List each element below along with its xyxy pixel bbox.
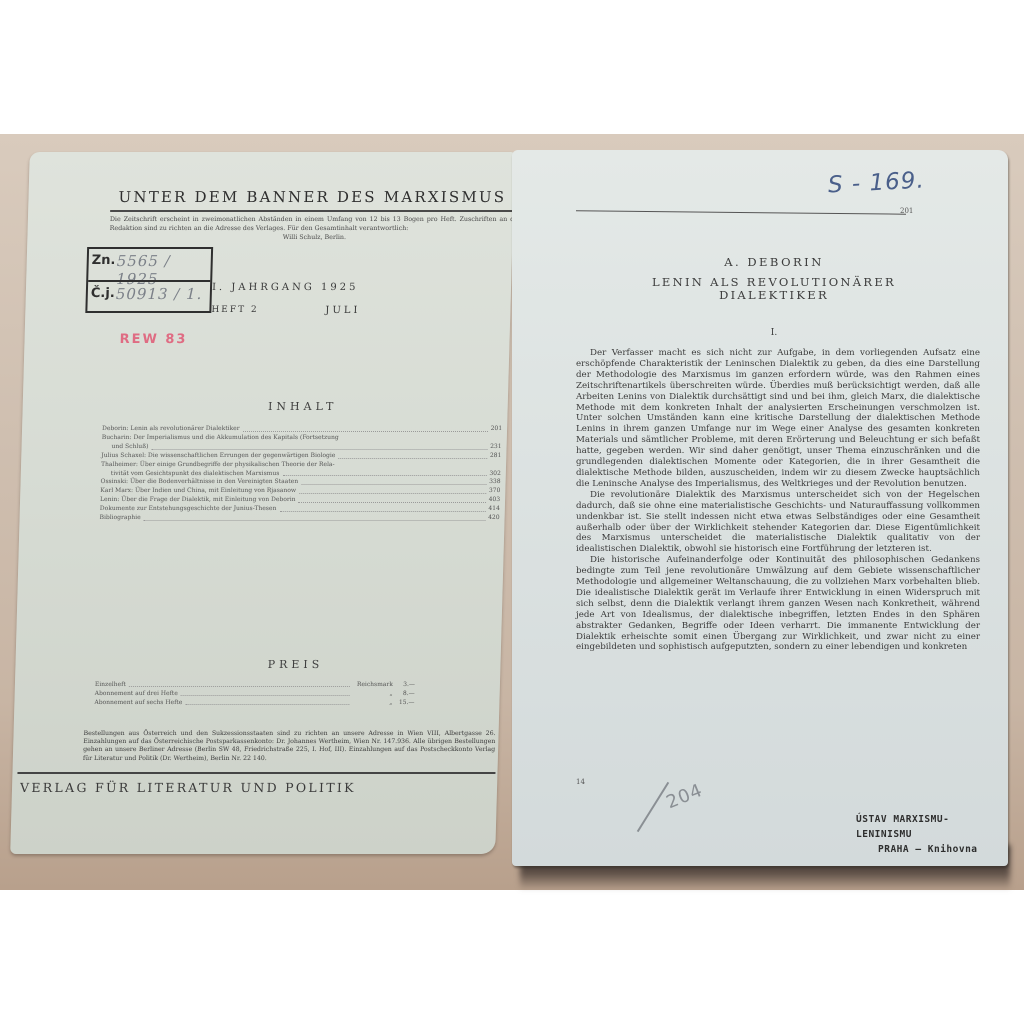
- volume-year: I. JAHRGANG 1925: [212, 282, 359, 293]
- article-page: S - 169. 201 A. DEBORIN LENIN ALS REVOLU…: [512, 150, 1008, 866]
- price-entry: Abonnement auf drei Hefte„8.—: [95, 689, 415, 698]
- registry-label: Zn.: [92, 253, 116, 268]
- leader-dots: [144, 520, 485, 521]
- contents-page: 370: [489, 487, 501, 496]
- leader-dots: [243, 431, 488, 432]
- price-amount: 15.—: [392, 698, 414, 707]
- registry-row-number: Zn. 5565 / 1925: [88, 249, 211, 278]
- article-author: A. DEBORIN: [564, 255, 984, 269]
- article-title: LENIN ALS REVOLUTIONÄRER DIALEKTIKER: [564, 276, 984, 302]
- contents-entry: Bucharin: Der Imperialismus und die Akku…: [102, 434, 502, 443]
- masthead-title: UNTER DEM BANNER DES MARXISMUS: [118, 188, 519, 206]
- masthead-subtitle: Die Zeitschrift erscheint in zweimonatli…: [109, 215, 520, 242]
- price-entry: Abonnement auf sechs Hefte„15.—: [94, 698, 414, 707]
- contents-title: tivität vom Gesichtspunkt des dialektisc…: [101, 470, 280, 479]
- contents-entry: Deborin: Lenin als revolutionärer Dialek…: [102, 425, 502, 434]
- masthead-subtitle-line: Willi Schulz, Berlin.: [109, 233, 519, 242]
- paragraph: Die historische Aufeinanderfolge oder Ko…: [576, 555, 980, 653]
- registry-stamp: Zn. 5565 / 1925 Č.j. 50913 / 1.: [85, 247, 213, 313]
- registry-handwritten-value: 50913 / 1.: [116, 285, 203, 303]
- contents-entry: Bibliographie420: [99, 514, 499, 523]
- contents-page: 403: [488, 496, 500, 505]
- signature-folio: 14: [576, 778, 585, 786]
- contents-title: Lenin: Über die Frage der Dialektik, mit…: [100, 496, 296, 505]
- article-body: Der Verfasser macht es sich nicht zur Au…: [576, 348, 980, 653]
- contents-page: 414: [488, 505, 500, 514]
- price-unit: „: [353, 689, 393, 698]
- leader-dots: [279, 511, 485, 512]
- leader-dots: [129, 686, 350, 687]
- publisher-rule: [17, 772, 495, 774]
- leader-dots: [301, 484, 486, 485]
- contents-entry: Julius Schaxel: Die wissenschaftlichen E…: [101, 452, 501, 461]
- price-amount: 8.—: [393, 689, 415, 698]
- header-rule: [576, 210, 906, 214]
- price-item: Abonnement auf sechs Hefte: [94, 698, 182, 707]
- issue-month: JULI: [325, 305, 360, 316]
- publisher-name: VERLAG FÜR LITERATUR UND POLITIK: [20, 780, 498, 795]
- contents-entry: Dokumente zur Entstehungsgeschichte der …: [100, 505, 500, 514]
- contents-page: 302: [489, 470, 501, 479]
- contents-page: 281: [490, 452, 502, 461]
- price-unit: „: [352, 698, 392, 707]
- contents-entry: Thalheimer: Über einige Grundbegriffe de…: [101, 461, 501, 470]
- leader-dots: [338, 458, 487, 459]
- article-title-line: DIALEKTIKER: [564, 289, 984, 302]
- contents-entry: und Schluß)231: [101, 443, 501, 452]
- leader-dots: [282, 475, 486, 476]
- price-item: Abonnement auf drei Hefte: [95, 689, 178, 698]
- masthead-subtitle-line: Die Zeitschrift erscheint in zweimonatli…: [110, 216, 457, 223]
- leader-dots: [299, 493, 486, 494]
- contents-heading: INHALT: [93, 400, 513, 413]
- registry-row-reference: Č.j. 50913 / 1.: [87, 280, 210, 311]
- section-number: I.: [564, 328, 984, 338]
- contents-entry: Ossinski: Über die Bodenverhältnisse in …: [100, 478, 500, 487]
- masthead-rule: [110, 210, 520, 212]
- contents-title: und Schluß): [101, 443, 148, 452]
- price-item: Einzelheft: [95, 680, 126, 689]
- ordering-information: Bestellungen aus Österreich und den Sukz…: [83, 730, 496, 763]
- paragraph: Der Verfasser macht es sich nicht zur Au…: [576, 348, 980, 490]
- contents-title: Ossinski: Über die Bodenverhältnisse in …: [100, 478, 298, 487]
- contents-title: Karl Marx: Über Indien und China, mit Ei…: [100, 487, 296, 496]
- contents-title: Deborin: Lenin als revolutionärer Dialek…: [102, 425, 240, 434]
- leader-dots: [298, 502, 485, 503]
- contents-title: Thalheimer: Über einige Grundbegriffe de…: [101, 461, 335, 470]
- contents-title: Julius Schaxel: Die wissenschaftlichen E…: [101, 452, 335, 461]
- price-list: EinzelheftReichsmark3.—Abonnement auf dr…: [94, 680, 415, 707]
- contents-page: 420: [488, 514, 500, 523]
- leader-dots: [151, 449, 487, 450]
- handwritten-shelfmark: S - 169.: [827, 167, 925, 198]
- contents-entry: tivität vom Gesichtspunkt des dialektisc…: [101, 470, 501, 479]
- price-unit: Reichsmark: [353, 680, 393, 689]
- contents-page: 338: [489, 478, 501, 487]
- issue-number: HEFT 2: [211, 305, 259, 315]
- table-of-contents: Deborin: Lenin als revolutionärer Dialek…: [99, 425, 502, 523]
- leader-dots: [185, 704, 349, 705]
- contents-title: Dokumente zur Entstehungsgeschichte der …: [100, 505, 277, 514]
- price-entry: EinzelheftReichsmark3.—: [95, 680, 415, 689]
- contents-entry: Lenin: Über die Frage der Dialektik, mit…: [100, 496, 500, 505]
- page-number: 201: [900, 207, 913, 215]
- contents-page: 201: [490, 425, 502, 434]
- pencil-note: 204: [663, 780, 706, 813]
- library-stamp-line: ÚSTAV MARXISMU-LENINISMU: [856, 812, 984, 842]
- registry-label: Č.j.: [91, 286, 115, 301]
- red-ink-stamp: REW 83: [119, 332, 187, 347]
- price-amount: 3.—: [393, 680, 415, 689]
- library-stamp: ÚSTAV MARXISMU-LENINISMU PRAHA — Knihovn…: [856, 812, 984, 857]
- contents-page: 231: [490, 443, 502, 452]
- journal-cover-page: UNTER DEM BANNER DES MARXISMUS Die Zeits…: [10, 152, 515, 854]
- paragraph: Die revolutionäre Dialektik des Marxismu…: [576, 490, 980, 555]
- price-heading: PREIS: [85, 658, 505, 671]
- library-stamp-line: PRAHA — Knihovna: [856, 842, 984, 857]
- contents-entry: Karl Marx: Über Indien und China, mit Ei…: [100, 487, 500, 496]
- leader-dots: [181, 695, 350, 696]
- contents-title: Bucharin: Der Imperialismus und die Akku…: [102, 434, 339, 443]
- pencil-mark: [637, 782, 669, 832]
- contents-title: Bibliographie: [99, 514, 140, 523]
